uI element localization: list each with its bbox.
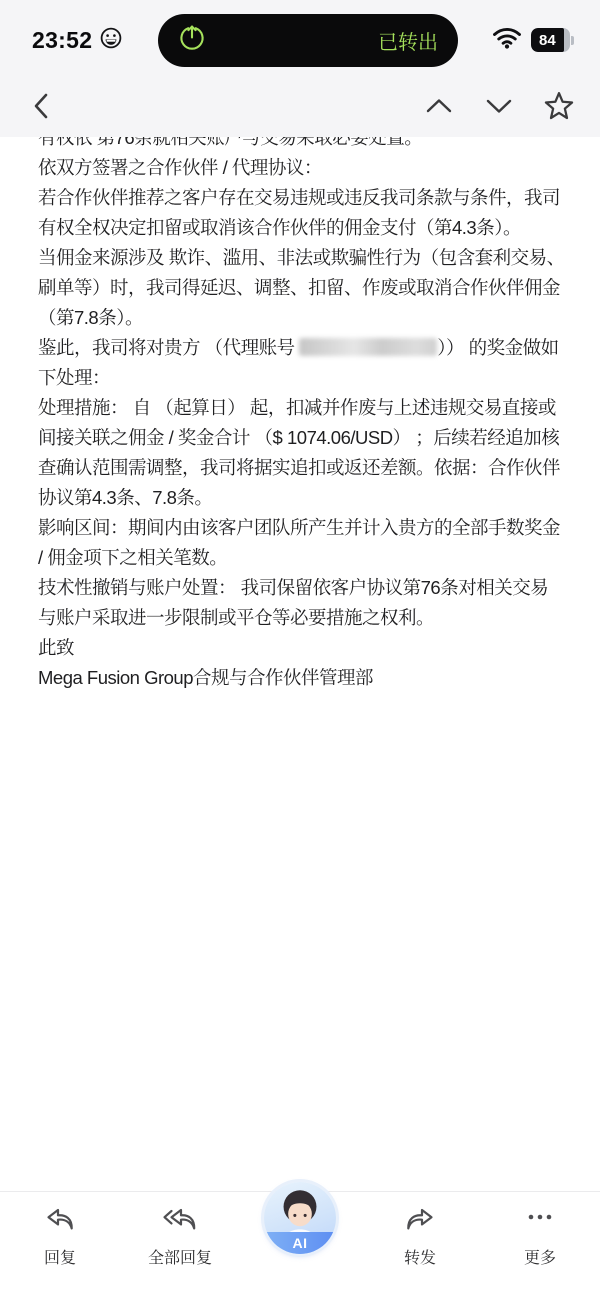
share-up-circle-icon	[178, 24, 206, 57]
more-label: 更多	[524, 1245, 556, 1268]
previous-message-button[interactable]	[422, 88, 456, 128]
reply-all-label: 全部回复	[148, 1245, 212, 1268]
reply-label: 回复	[44, 1245, 76, 1268]
star-outline-icon	[543, 90, 575, 127]
battery-icon: 84	[531, 28, 574, 52]
paragraph-measures: 处理措施： 自 （起算日） 起，扣减并作废与上述违规交易直接或间接关联之佣金 /…	[38, 393, 566, 513]
ai-assistant-button[interactable]: AI	[240, 1192, 360, 1301]
paragraph-scope: 影响区间：期间内由该客户团队所产生并计入贵方的全部手数奖金 / 佣金项下之相关笔…	[38, 513, 566, 573]
reply-button[interactable]: 回复	[0, 1192, 120, 1301]
status-time-group: 23:52	[32, 0, 123, 80]
top-bars: 23:52	[0, 0, 600, 137]
pill-status-label: 已转出	[378, 26, 438, 55]
reply-icon	[43, 1205, 77, 1240]
status-bar: 23:52	[0, 0, 600, 80]
paragraph-clause-7-8: 当佣金来源涉及 欺诈、滥用、非法或欺骗性行为（包含套利交易、刷单等）时，我司得延…	[38, 243, 566, 333]
clock-text: 23:52	[32, 27, 92, 54]
closing-salutation: 此致	[38, 633, 566, 663]
forward-button[interactable]: 转发	[360, 1192, 480, 1301]
reply-all-button[interactable]: 全部回复	[120, 1192, 240, 1301]
next-message-button[interactable]	[482, 88, 516, 128]
live-activity-pill[interactable]: 已转出	[158, 14, 458, 67]
status-indicators: 84	[492, 0, 574, 80]
paragraph-agreement-intro: 依双方签署之合作伙伴 / 代理协议：	[38, 153, 566, 183]
forward-label: 转发	[404, 1245, 436, 1268]
paragraph-clause-4-3: 若合作伙伴推荐之客户存在交易违规或违反我司条款与条件，我司有权全权决定扣留或取消…	[38, 183, 566, 243]
more-button[interactable]: 更多	[480, 1192, 600, 1301]
star-button[interactable]	[542, 88, 576, 128]
more-icon	[523, 1205, 557, 1240]
ai-avatar: AI	[264, 1182, 336, 1254]
ai-label: AI	[264, 1232, 336, 1254]
redacted-prefix: 鉴此，我司将对贵方 （代理账号	[38, 337, 299, 358]
chevron-down-icon	[484, 96, 514, 121]
battery-percent-text: 84	[531, 28, 564, 52]
mail-app-screen: 有权依 第76条就相关账户与交易采取必要处置。 依双方签署之合作伙伴 / 代理协…	[0, 0, 600, 1301]
chevron-up-icon	[424, 96, 454, 121]
paragraph-account-decision: 鉴此，我司将对贵方 （代理账号 ）） 的奖金做如下处理：	[38, 333, 566, 393]
paragraph-technical: 技术性撤销与账户处置： 我司保留依客户协议第76条对相关交易与账户采取进一步限制…	[38, 573, 566, 633]
back-button[interactable]	[30, 88, 56, 128]
reply-all-icon	[162, 1205, 198, 1240]
grinning-face-icon	[99, 26, 123, 55]
chevron-left-icon	[30, 90, 52, 127]
signature-line: Mega Fusion Group合规与合作伙伴管理部	[38, 663, 566, 693]
nav-bar	[0, 80, 600, 137]
wifi-icon	[492, 26, 522, 54]
forward-icon	[403, 1205, 437, 1240]
bottom-toolbar: 回复 全部回复 AI	[0, 1191, 600, 1301]
redacted-account-number	[299, 338, 437, 356]
